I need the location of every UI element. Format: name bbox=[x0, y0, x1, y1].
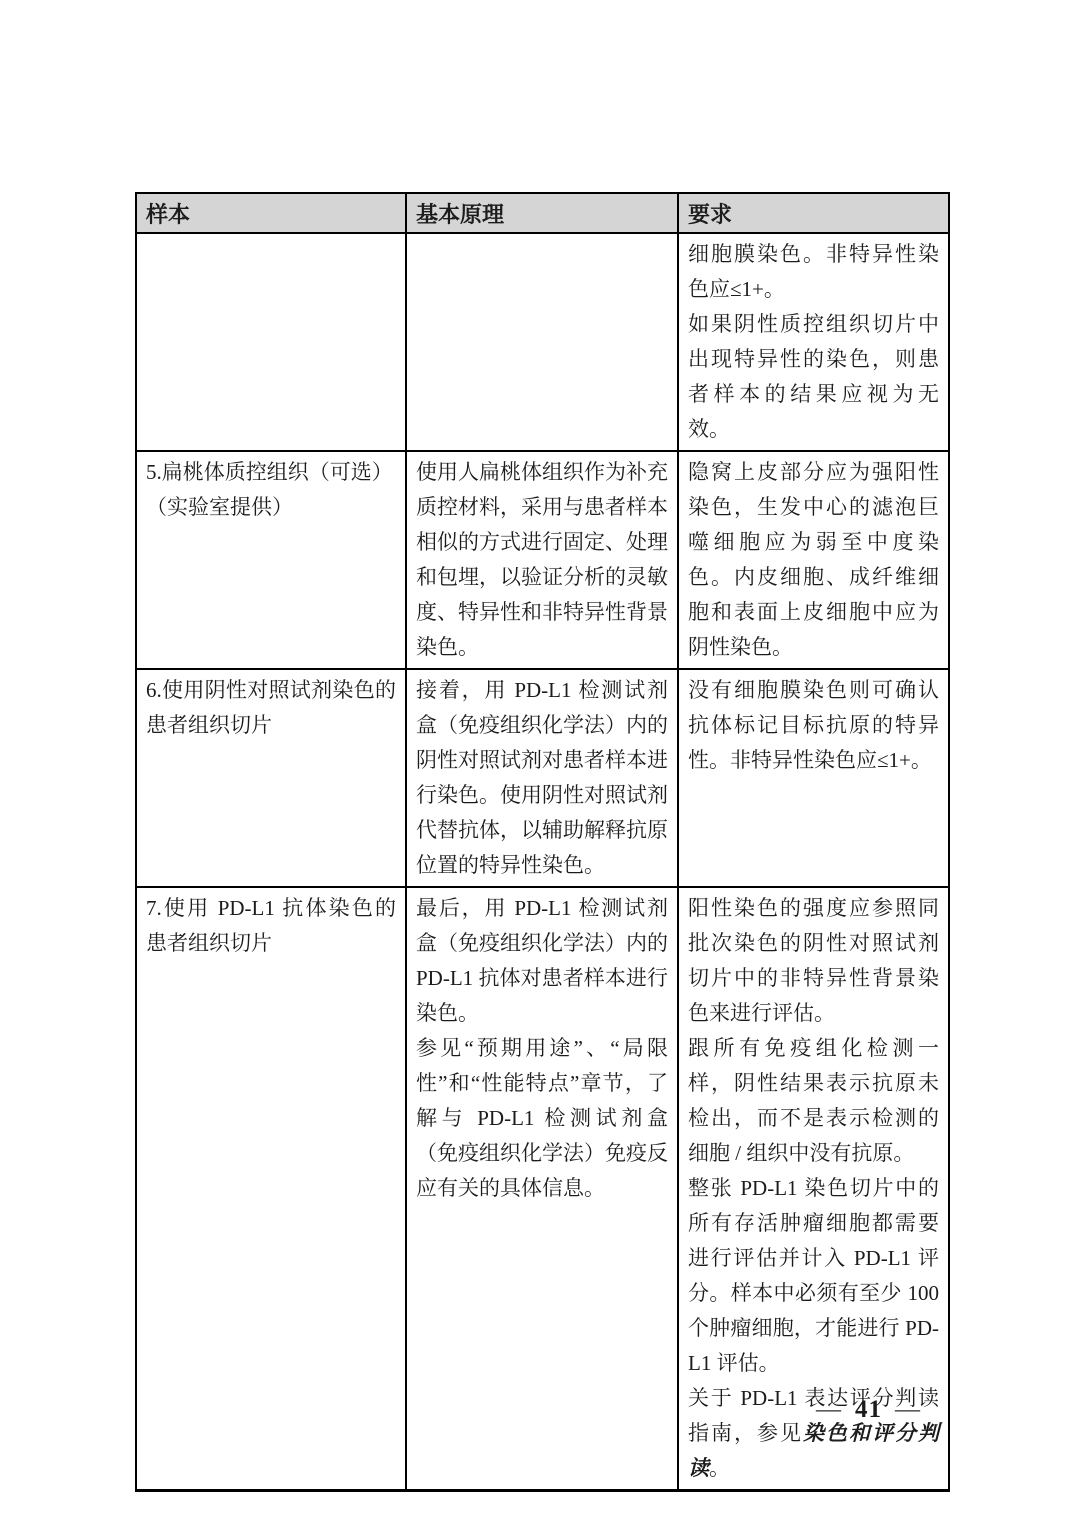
paragraph: 最后，用 PD-L1 检测试剂盒（免疫组织化学法）内的 PD-L1 抗体对患者样… bbox=[416, 891, 668, 1031]
table-row: 6.使用阴性对照试剂染色的患者组织切片 接着，用 PD-L1 检测试剂盒（免疫组… bbox=[136, 669, 949, 887]
cell-rationale bbox=[406, 233, 678, 451]
paragraph: （实验室提供） bbox=[146, 490, 396, 525]
table-row: 细胞膜染色。非特异性染色应≤1+。 如果阴性质控组织切片中出现特异性的染色，则患… bbox=[136, 233, 949, 451]
paragraph: 使用人扁桃体组织作为补充质控材料，采用与患者样本相似的方式进行固定、处理和包埋，… bbox=[416, 455, 668, 665]
cell-sample: 5.扁桃体质控组织（可选） （实验室提供） bbox=[136, 451, 406, 669]
paragraph: 如果阴性质控组织切片中出现特异性的染色，则患者样本的结果应视为无效。 bbox=[688, 307, 939, 447]
table-row: 5.扁桃体质控组织（可选） （实验室提供） 使用人扁桃体组织作为补充质控材料，采… bbox=[136, 451, 949, 669]
paragraph: 隐窝上皮部分应为强阳性染色，生发中心的滤泡巨噬细胞应为弱至中度染色。内皮细胞、成… bbox=[688, 455, 939, 665]
column-header-sample: 样本 bbox=[136, 193, 406, 233]
column-header-rationale: 基本原理 bbox=[406, 193, 678, 233]
cell-sample: 7.使用 PD-L1 抗体染色的患者组织切片 bbox=[136, 887, 406, 1491]
cell-rationale: 最后，用 PD-L1 检测试剂盒（免疫组织化学法）内的 PD-L1 抗体对患者样… bbox=[406, 887, 678, 1491]
cell-requirement: 细胞膜染色。非特异性染色应≤1+。 如果阴性质控组织切片中出现特异性的染色，则患… bbox=[678, 233, 949, 451]
paragraph: 整张 PD-L1 染色切片中的所有存活肿瘤细胞都需要进行评估并计入 PD-L1 … bbox=[688, 1171, 939, 1381]
cell-sample bbox=[136, 233, 406, 451]
specimen-requirements-table: 样本 基本原理 要求 细胞膜染色。非特异性染色应≤1+。 如果阴性质控组织切片中… bbox=[135, 192, 950, 1492]
paragraph: 5.扁桃体质控组织（可选） bbox=[146, 455, 396, 490]
paragraph: 参见“预期用途”、“局限性”和“性能特点”章节，了解与 PD-L1 检测试剂盒（… bbox=[416, 1031, 668, 1206]
column-header-requirement: 要求 bbox=[678, 193, 949, 233]
paragraph: 接着，用 PD-L1 检测试剂盒（免疫组织化学法）内的阴性对照试剂对患者样本进行… bbox=[416, 673, 668, 883]
paragraph: 细胞膜染色。非特异性染色应≤1+。 bbox=[688, 237, 939, 307]
paragraph: 跟所有免疫组化检测一样，阴性结果表示抗原未检出，而不是表示检测的细胞 / 组织中… bbox=[688, 1031, 939, 1171]
footer-right-dash: — bbox=[895, 1396, 921, 1423]
paragraph: 没有细胞膜染色则可确认抗体标记目标抗原的特异性。非特异性染色应≤1+。 bbox=[688, 673, 939, 778]
page-footer: —41— bbox=[803, 1396, 934, 1424]
paragraph: 阳性染色的强度应参照同批次染色的阴性对照试剂切片中的非特异性背景染色来进行评估。 bbox=[688, 891, 939, 1031]
page-number: 41 bbox=[855, 1396, 882, 1423]
document-page: 样本 基本原理 要求 细胞膜染色。非特异性染色应≤1+。 如果阴性质控组织切片中… bbox=[0, 0, 1080, 1527]
cell-sample: 6.使用阴性对照试剂染色的患者组织切片 bbox=[136, 669, 406, 887]
paragraph: 7.使用 PD-L1 抗体染色的患者组织切片 bbox=[146, 891, 396, 961]
paragraph-suffix: 。 bbox=[709, 1456, 730, 1480]
cell-rationale: 使用人扁桃体组织作为补充质控材料，采用与患者样本相似的方式进行固定、处理和包埋，… bbox=[406, 451, 678, 669]
cell-requirement: 没有细胞膜染色则可确认抗体标记目标抗原的特异性。非特异性染色应≤1+。 bbox=[678, 669, 949, 887]
footer-left-dash: — bbox=[816, 1396, 842, 1423]
table-header-row: 样本 基本原理 要求 bbox=[136, 193, 949, 233]
paragraph: 6.使用阴性对照试剂染色的患者组织切片 bbox=[146, 673, 396, 743]
cell-rationale: 接着，用 PD-L1 检测试剂盒（免疫组织化学法）内的阴性对照试剂对患者样本进行… bbox=[406, 669, 678, 887]
cell-requirement: 隐窝上皮部分应为强阳性染色，生发中心的滤泡巨噬细胞应为弱至中度染色。内皮细胞、成… bbox=[678, 451, 949, 669]
